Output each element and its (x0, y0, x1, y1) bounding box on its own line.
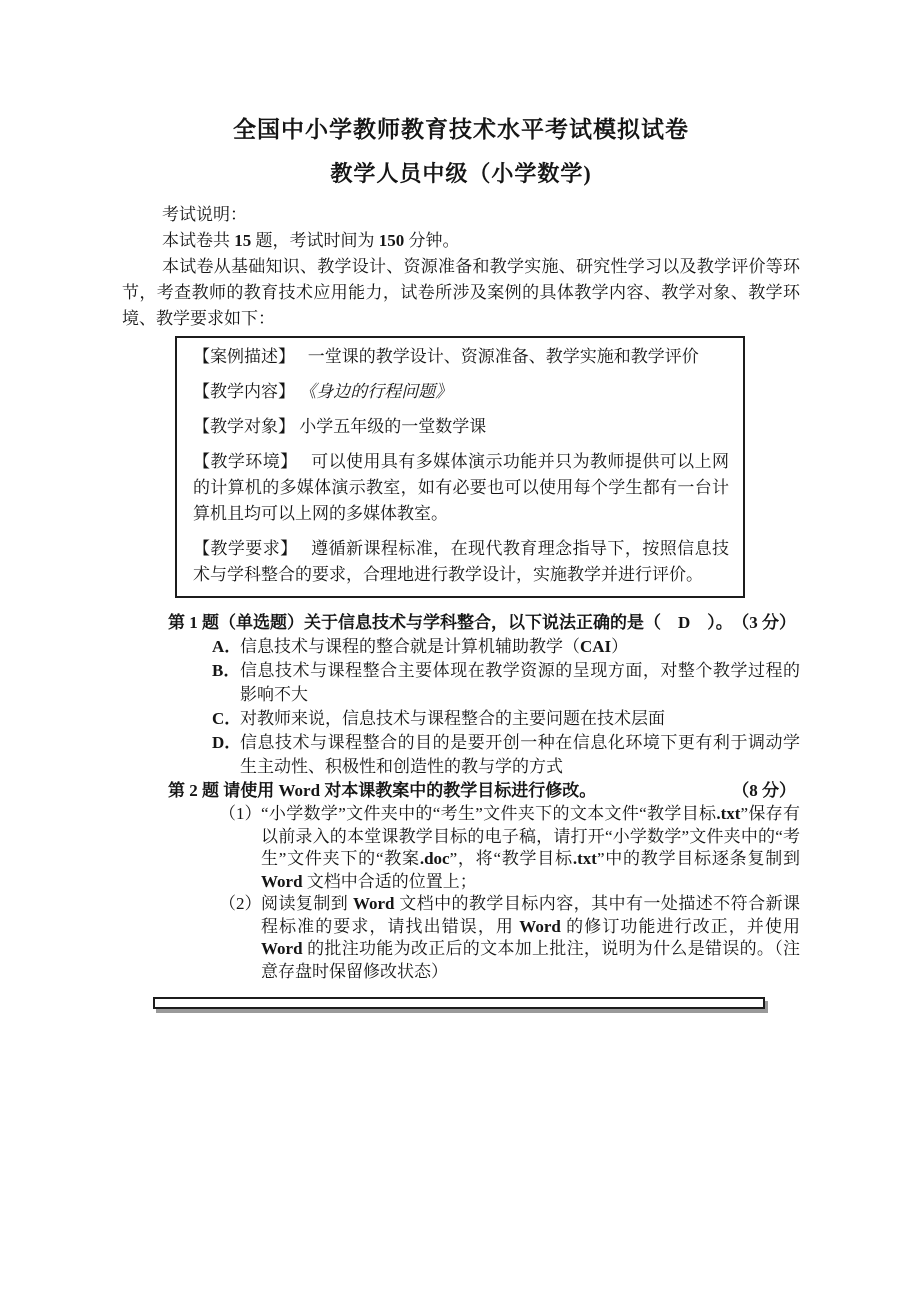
option-d-text: 信息技术与课程整合的目的是要开创一种在信息化环境下更有利于调动学生主动性、积极性… (240, 733, 800, 776)
case-field-requirements: 【教学要求】 遵循新课程标准，在现代教育理念指导下，按照信息技术与学科整合的要求… (193, 536, 729, 588)
question-2-header: 第 2 题 请使用 Word 对本课教案中的教学目标进行修改。 （8 分） (122, 779, 800, 803)
option-b-marker: B． (212, 659, 240, 683)
question-1-option-a: A． 信息技术与课程的整合就是计算机辅助教学（CAI） (122, 635, 800, 659)
question-1-header: 第 1 题（单选题）关于信息技术与学科整合，以下说法正确的是（ D ）。 （3 … (122, 611, 800, 635)
question-2-text: 第 2 题 请使用 Word 对本课教案中的教学目标进行修改。 (168, 781, 596, 800)
option-c-marker: C． (212, 707, 241, 731)
option-c-text: 对教师来说，信息技术与课程整合的主要问题在技术层面 (240, 709, 665, 728)
question-1-option-c: C． 对教师来说，信息技术与课程整合的主要问题在技术层面 (122, 707, 800, 731)
exam-document-page: 全国中小学教师教育技术水平考试模拟试卷 教学人员中级（小学数学) 考试说明： 本… (0, 0, 920, 1302)
question-1-option-b: B． 信息技术与课程整合主要体现在教学资源的呈现方面，对整个教学过程的影响不大 (122, 659, 800, 707)
question-1-option-d: D． 信息技术与课程整合的目的是要开创一种在信息化环境下更有利于调动学生主动性、… (122, 731, 800, 779)
page-title: 全国中小学教师教育技术水平考试模拟试卷 (122, 112, 800, 148)
case-field-description: 【案例描述】 一堂课的教学设计、资源准备、教学实施和教学评价 (193, 344, 729, 370)
exam-count-line: 本试卷共 15 题，考试时间为 150 分钟。 (122, 228, 800, 254)
case-field-content: 【教学内容】 《身边的行程问题》 (193, 379, 729, 405)
case-field-audience: 【教学对象】 小学五年级的一堂数学课 (193, 414, 729, 440)
page-subtitle: 教学人员中级（小学数学) (122, 158, 800, 190)
option-a-text: 信息技术与课程的整合就是计算机辅助教学（CAI） (240, 637, 628, 656)
question-2-item-1: （1） “小学数学”文件夹中的“考生”文件夹下的文本文件“教学目标.txt”保存… (122, 803, 800, 893)
item-1-marker: （1） (219, 803, 262, 826)
case-description-box: 【案例描述】 一堂课的教学设计、资源准备、教学实施和教学评价 【教学内容】 《身… (175, 336, 745, 598)
question-2-score: （8 分） (732, 779, 796, 803)
option-b-text: 信息技术与课程整合主要体现在教学资源的呈现方面，对整个教学过程的影响不大 (240, 661, 800, 704)
option-d-marker: D． (212, 731, 241, 755)
teaching-goals-box (153, 997, 765, 1009)
question-2-item-2: （2） 阅读复制到 Word 文档中的教学目标内容，其中有一处描述不符合新课程标… (122, 893, 800, 983)
exam-instructions-heading: 考试说明： (122, 202, 800, 228)
item-2-text: 阅读复制到 Word 文档中的教学目标内容，其中有一处描述不符合新课程标准的要求… (261, 894, 800, 981)
item-2-marker: （2） (219, 893, 262, 916)
option-a-marker: A． (212, 635, 241, 659)
exam-instructions-section: 考试说明： 本试卷共 15 题，考试时间为 150 分钟。 本试卷从基础知识、教… (122, 202, 800, 332)
case-field-environment: 【教学环境】 可以使用具有多媒体演示功能并只为教师提供可以上网的计算机的多媒体演… (193, 449, 729, 527)
question-1-text: 第 1 题（单选题）关于信息技术与学科整合，以下说法正确的是（ D ）。 (168, 613, 733, 632)
exam-overview-paragraph: 本试卷从基础知识、教学设计、资源准备和教学实施、研究性学习以及教学评价等环节，考… (122, 254, 800, 332)
item-1-text: “小学数学”文件夹中的“考生”文件夹下的文本文件“教学目标.txt”保存有以前录… (261, 804, 800, 891)
question-1-score: （3 分） (732, 611, 796, 635)
